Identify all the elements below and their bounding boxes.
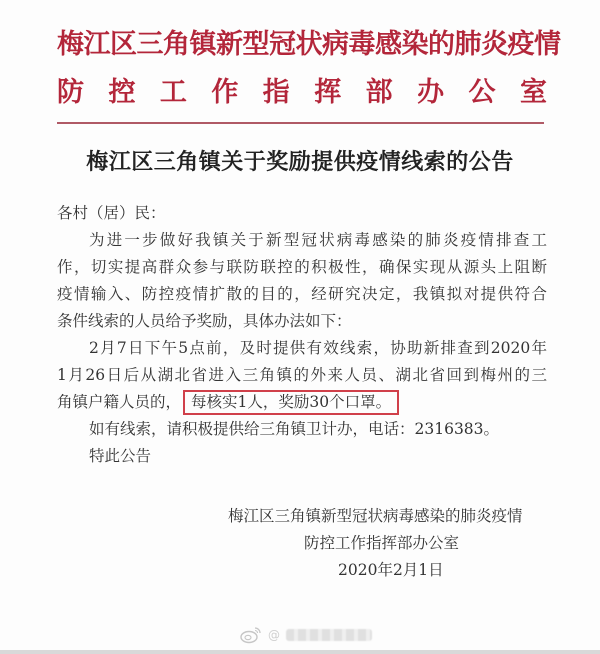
paragraph-line: 2月7日下午5点前，及时提供有效线索，协助新排查到2020年: [57, 335, 547, 362]
document-page: 梅江区三角镇新型冠状病毒感染的肺炎疫情 防控工作指挥部办公室 梅江区三角镇关于奖…: [0, 0, 600, 654]
closing-line: 特此公告: [57, 443, 547, 470]
watermark-at-sign: @: [268, 628, 280, 642]
signature-org-line1: 梅江区三角镇新型冠状病毒感染的肺炎疫情: [228, 503, 600, 530]
reward-line-prefix: 角镇户籍人员的，: [57, 393, 181, 411]
paragraph-reward-rules: 2月7日下午5点前，及时提供有效线索，协助新排查到2020年 1月26日后从湖北…: [57, 335, 547, 416]
watermark-handle-blurred: [286, 629, 372, 641]
signature-date: 2020年2月1日: [338, 557, 600, 584]
closing-remark: 特此公告: [57, 443, 547, 470]
paragraph-line: 疫情输入、防控疫情扩散的目的，经研究决定，我镇拟对提供符合: [57, 281, 547, 308]
weibo-icon: [240, 626, 262, 644]
paragraph-line: 作，切实提高群众参与联防联控的积极性，确保实现从源头上阻断: [57, 254, 547, 281]
highlighted-reward-box: 每核实1人，奖励30个口罩。: [183, 390, 399, 415]
masthead-title-line1: 梅江区三角镇新型冠状病毒感染的肺炎疫情: [57, 28, 547, 62]
masthead-title-line2: 防控工作指挥部办公室: [57, 76, 547, 110]
salutation: 各村（居）民：: [57, 200, 547, 227]
paragraph-line: 角镇户籍人员的，每核实1人，奖励30个口罩。: [57, 389, 547, 416]
paragraph-line: 1月26日后从湖北省进入三角镇的外来人员、湖北省回到梅州的三: [57, 362, 547, 389]
paragraph-line: 条件线索的人员给予奖励，具体办法如下：: [57, 308, 547, 335]
notice-title: 梅江区三角镇关于奖励提供疫情线索的公告: [0, 148, 600, 176]
paragraph-contact: 如有线索，请积极提供给三角镇卫计办，电话：2316383。: [57, 416, 547, 443]
paragraph-line: 为进一步做好我镇关于新型冠状病毒感染的肺炎疫情排查工: [57, 227, 547, 254]
paragraph-purpose: 为进一步做好我镇关于新型冠状病毒感染的肺炎疫情排查工 作，切实提高群众参与联防联…: [57, 227, 547, 335]
contact-line: 如有线索，请积极提供给三角镇卫计办，电话：2316383。: [57, 416, 547, 443]
image-bottom-edge: [0, 650, 600, 654]
watermark: @: [240, 624, 372, 646]
masthead-divider: [57, 122, 544, 124]
signature-org-line2: 防控工作指挥部办公室: [304, 530, 600, 557]
